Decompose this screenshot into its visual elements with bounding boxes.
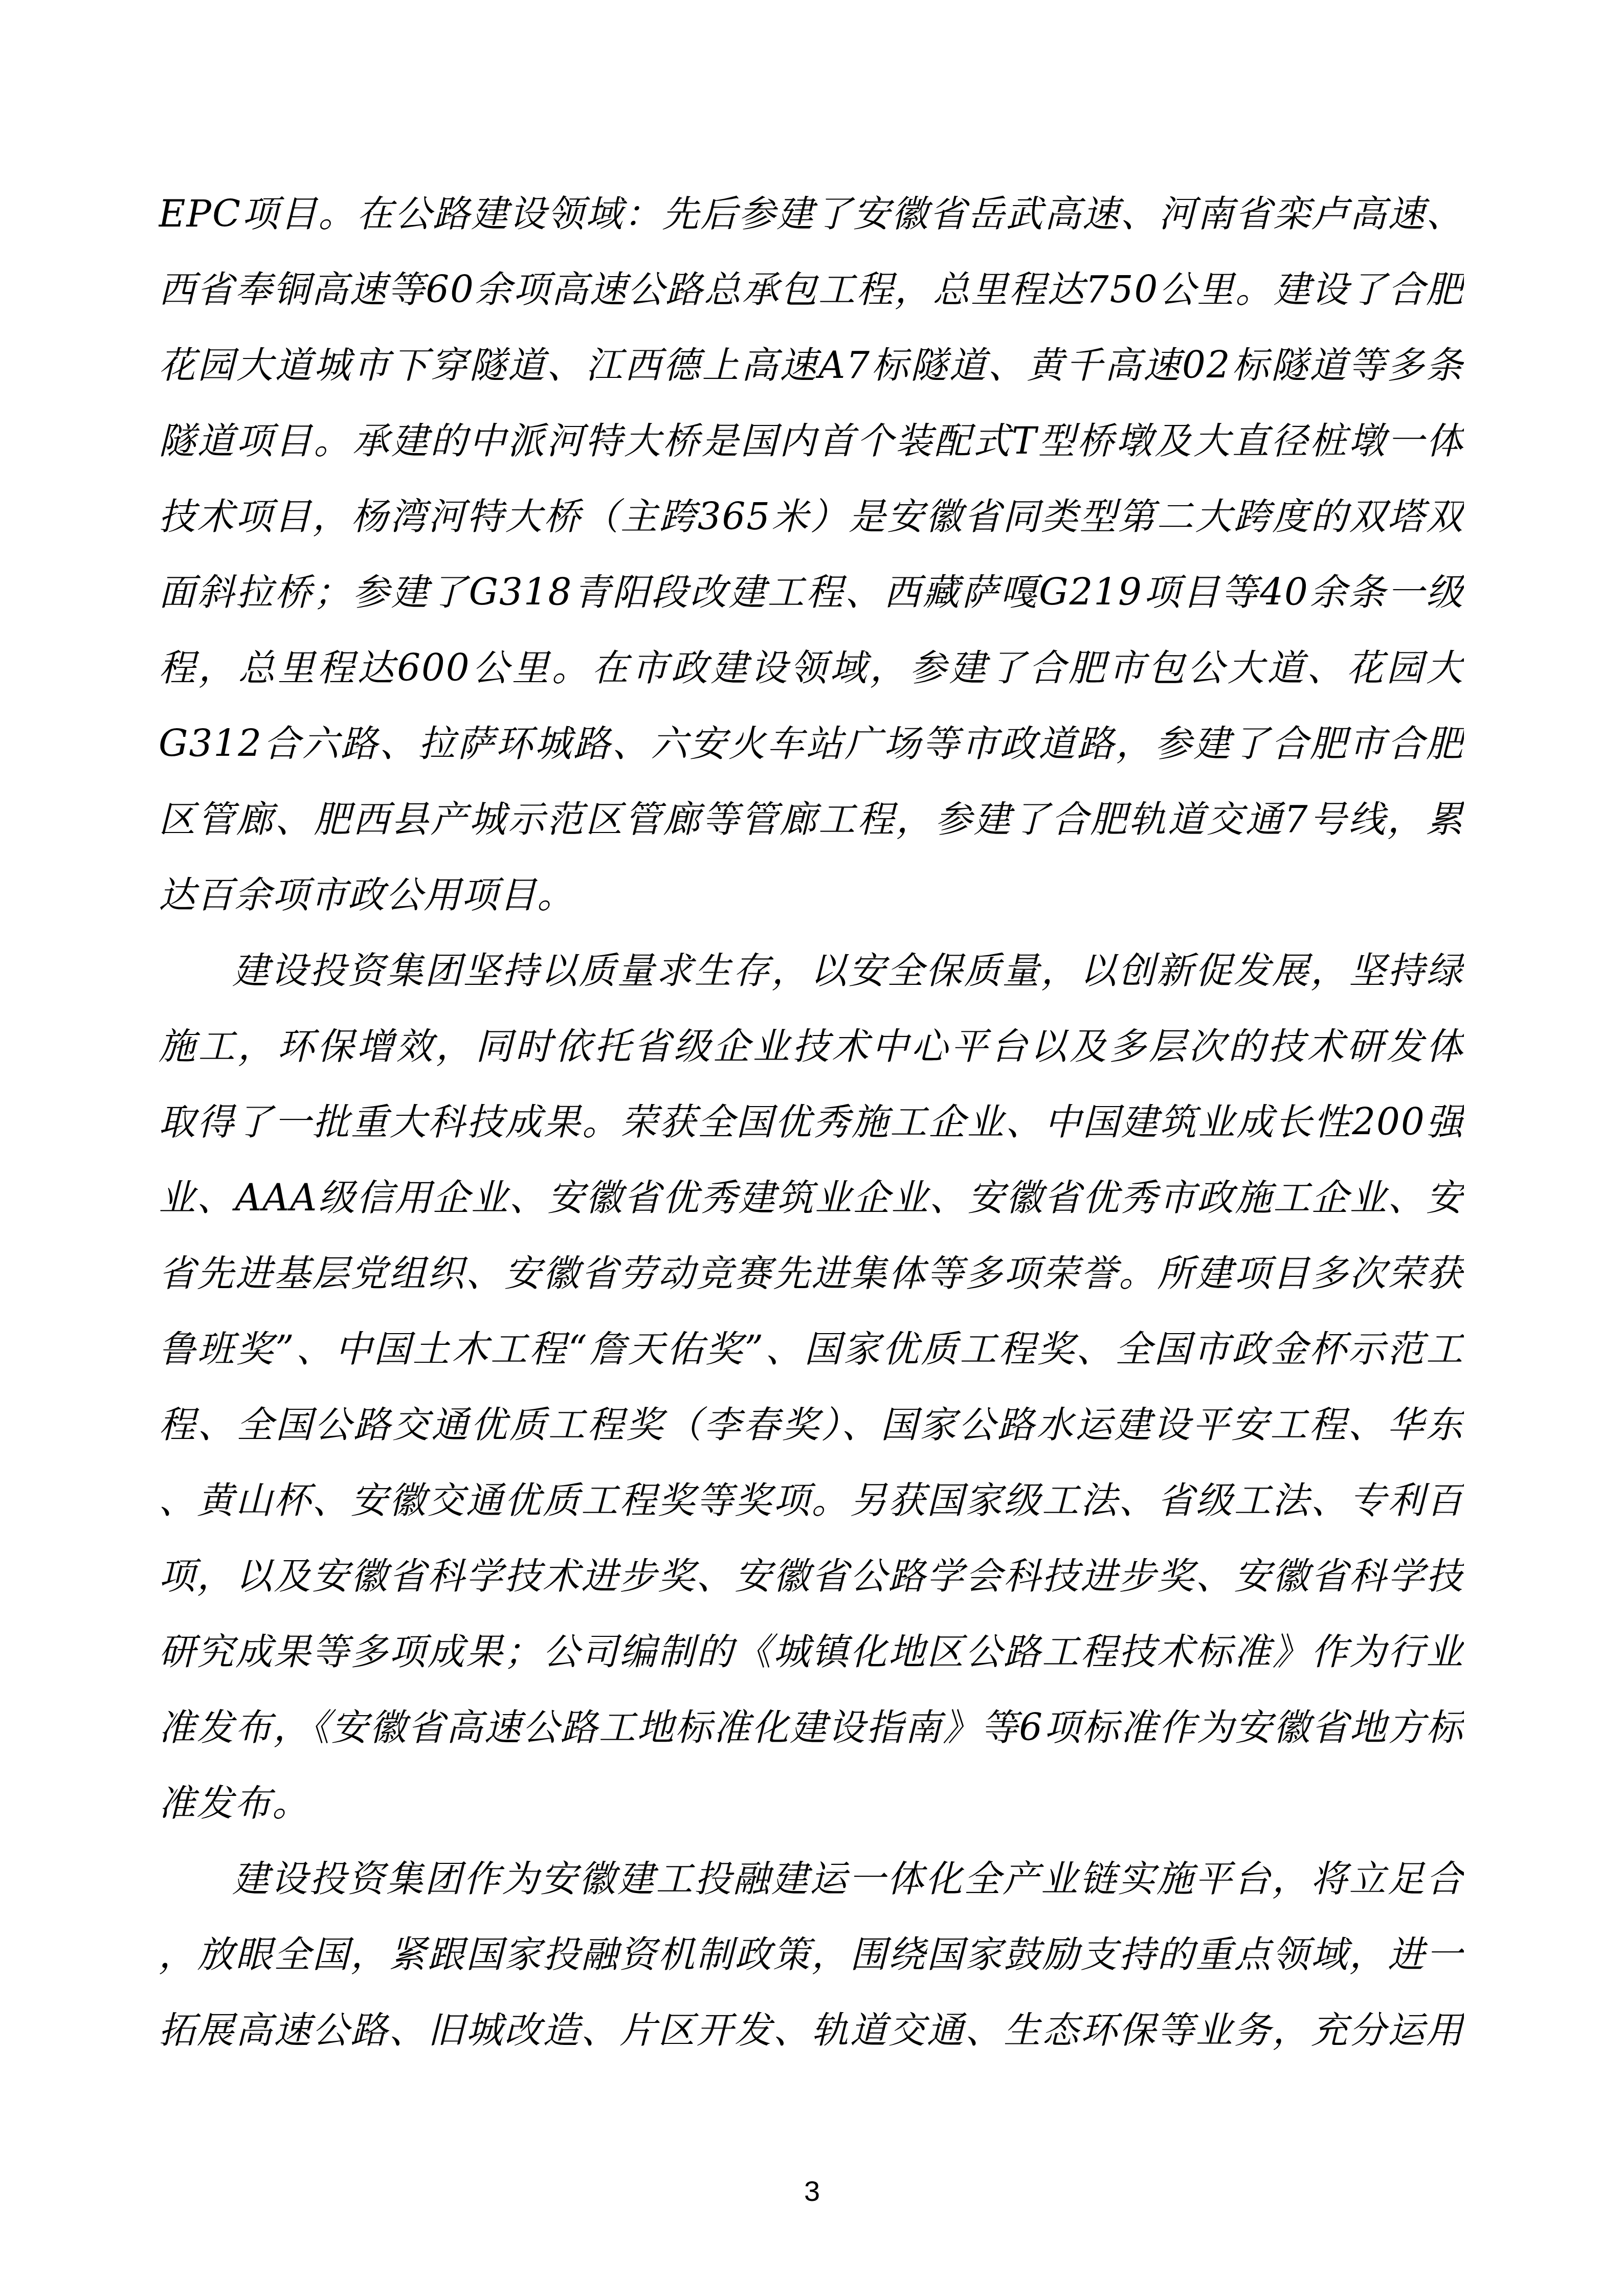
text-line: 建设投资集团坚持以质量求生存，以安全保质量，以创新促发展，坚持绿色 [159, 933, 1464, 1008]
text-line: 取得了一批重大科技成果。荣获全国优秀施工企业、中国建筑业成长性200强企 [159, 1084, 1464, 1160]
text-line: 、黄山杯、安徽交通优质工程奖等奖项。另获国家级工法、省级工法、专利百余 [159, 1462, 1464, 1538]
text-line: 拓展高速公路、旧城改造、片区开发、轨道交通、生态环保等业务，充分运用 [159, 1992, 1464, 2068]
text-line: 鲁班奖”、中国土木工程“詹天佑奖”、国家优质工程奖、全国市政金杯示范工 [159, 1311, 1464, 1387]
text-line: 西省奉铜高速等60余项高速公路总承包工程，总里程达750公里。建设了合肥市 [159, 252, 1464, 327]
text-line: 花园大道城市下穿隧道、江西德上高速A7标隧道、黄千高速02标隧道等多条特长 [159, 327, 1464, 403]
text-line: 研究成果等多项成果；公司编制的《城镇化地区公路工程技术标准》作为行业标 [159, 1614, 1464, 1690]
page-number: 3 [804, 2175, 820, 2207]
document-body: EPC项目。在公路建设领域：先后参建了安徽省岳武高速、河南省栾卢高速、江西省奉铜… [159, 176, 1464, 2068]
text-line: 隧道项目。承建的中派河特大桥是国内首个装配式T型桥墩及大直径桩墩一体化 [159, 403, 1464, 479]
text-line: 准发布，《安徽省高速公路工地标准化建设指南》等6项标准作为安徽省地方标 [159, 1690, 1464, 1765]
text-line: 达百余项市政公用项目。 [159, 857, 1464, 933]
document-page: EPC项目。在公路建设领域：先后参建了安徽省岳武高速、河南省栾卢高速、江西省奉铜… [0, 0, 1624, 2296]
text-line: 技术项目，杨湾河特大桥（主跨365米）是安徽省同类型第二大跨度的双塔双索 [159, 479, 1464, 554]
text-line: 面斜拉桥；参建了G318青阳段改建工程、西藏萨嘎G219项目等40余条一级公路工 [159, 554, 1464, 630]
text-line: 程、全国公路交通优质工程奖（李春奖）、国家公路水运建设平安工程、华东杯 [159, 1387, 1464, 1462]
text-line: 业、AAA级信用企业、安徽省优秀建筑业企业、安徽省优秀市政施工企业、安徽 [159, 1160, 1464, 1235]
text-line: ，放眼全国，紧跟国家投融资机制政策，围绕国家鼓励支持的重点领域，进一步 [159, 1917, 1464, 1992]
page-footer: 3 [0, 2168, 1624, 2214]
text-line: 建设投资集团作为安徽建工投融建运一体化全产业链实施平台，将立足合肥 [159, 1841, 1464, 1917]
text-line: G312合六路、拉萨环城路、六安火车站广场等市政道路，参建了合肥市合肥高新 [159, 706, 1464, 781]
text-line: 项，以及安徽省科学技术进步奖、安徽省公路学会科技进步奖、安徽省科学技术 [159, 1538, 1464, 1614]
text-line: 施工，环保增效，同时依托省级企业技术中心平台以及多层次的技术研发体系， [159, 1008, 1464, 1084]
text-line: 准发布。 [159, 1765, 1464, 1841]
text-line: EPC项目。在公路建设领域：先后参建了安徽省岳武高速、河南省栾卢高速、江 [159, 176, 1464, 252]
text-line: 程，总里程达600公里。在市政建设领域，参建了合肥市包公大道、花园大道、 [159, 630, 1464, 706]
text-line: 省先进基层党组织、安徽省劳动竞赛先进集体等多项荣誉。所建项目多次荣获“ [159, 1235, 1464, 1311]
text-line: 区管廊、肥西县产城示范区管廊等管廊工程，参建了合肥轨道交通7号线，累计 [159, 781, 1464, 857]
